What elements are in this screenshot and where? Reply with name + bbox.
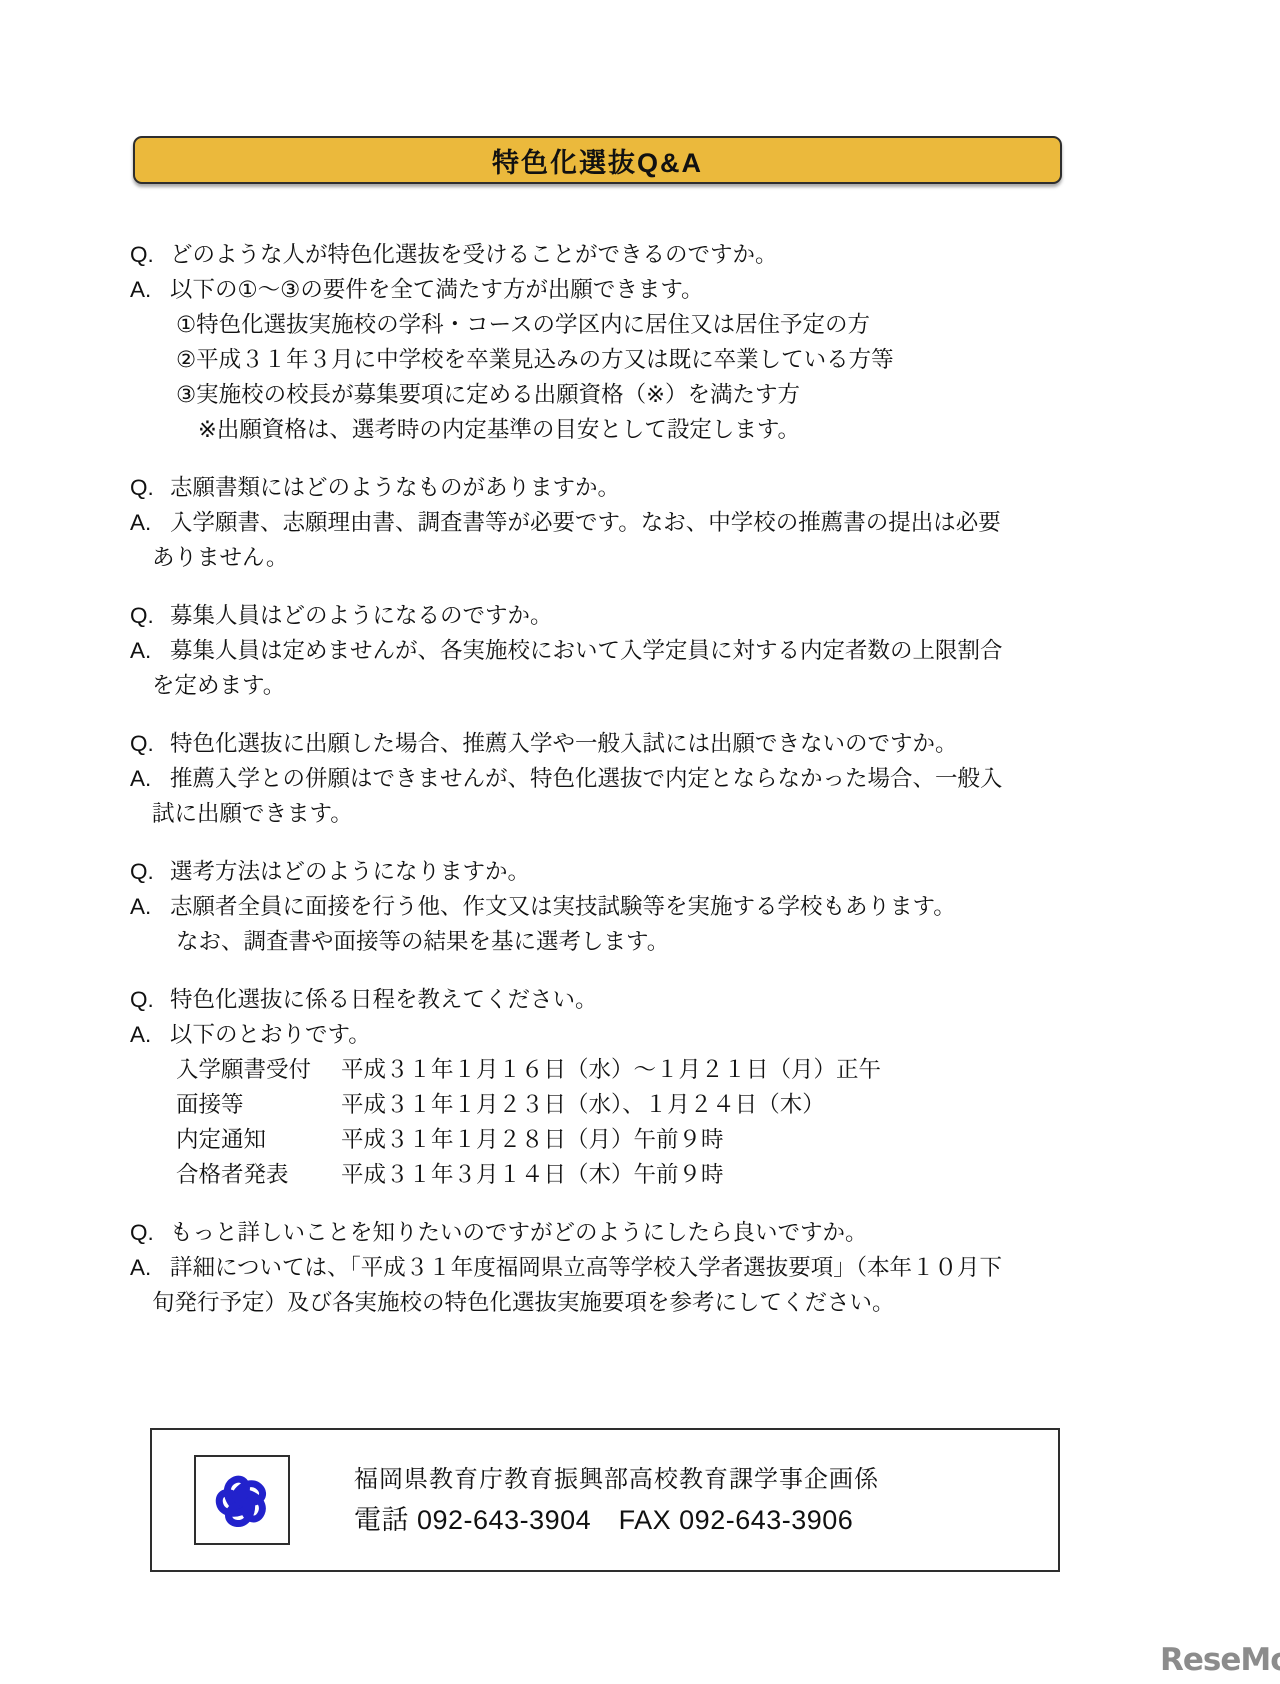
question-line: Q. 特色化選抜に係る日程を教えてください。 (130, 982, 1140, 1017)
question-line: Q. 募集人員はどのようになるのですか。 (130, 598, 1140, 633)
requirement-item-1: ①特色化選抜実施校の学科・コースの学区内に居住又は居住予定の方 (130, 307, 1140, 342)
schedule-value: 平成３１年１月１６日（水）～１月２１日（月）正午 (341, 1052, 881, 1087)
q-marker: Q. (130, 726, 170, 761)
a-marker: A. (130, 505, 170, 540)
schedule-label: 内定通知 (176, 1122, 341, 1157)
a-marker: A. (130, 1250, 170, 1285)
answer-text: 詳細については、「平成３１年度福岡県立高等学校入学者選抜要項」（本年１０月下 (170, 1250, 1002, 1285)
question-line: Q. 特色化選抜に出願した場合、推薦入学や一般入試には出願できないのですか。 (130, 726, 1140, 761)
requirement-item-3: ③実施校の校長が募集要項に定める出願資格（※）を満たす方 (130, 377, 1140, 412)
question-text: もっと詳しいことを知りたいのですがどのようにしたら良いですか。 (170, 1215, 868, 1250)
q-marker: Q. (130, 237, 170, 272)
qa-group-eligibility: Q. どのような人が特色化選抜を受けることができるのですか。 A. 以下の①～③… (130, 237, 1140, 447)
schedule-label: 入学願書受付 (176, 1052, 341, 1087)
question-text: 特色化選抜に係る日程を教えてください。 (170, 982, 598, 1017)
a-marker: A. (130, 633, 170, 668)
fukuoka-emblem-frame (194, 1455, 290, 1545)
question-line: Q. どのような人が特色化選抜を受けることができるのですか。 (130, 237, 1140, 272)
answer-continuation: なお、調査書や面接等の結果を基に選考します。 (130, 924, 1140, 959)
answer-line: A. 入学願書、志願理由書、調査書等が必要です。なお、中学校の推薦書の提出は必要 (130, 505, 1140, 540)
answer-continuation: 旬発行予定）及び各実施校の特色化選抜実施要項を参考にしてください。 (130, 1285, 1140, 1320)
answer-text: 志願者全員に面接を行う他、作文又は実技試験等を実施する学校もあります。 (170, 889, 956, 924)
requirement-item-2: ②平成３１年３月に中学校を卒業見込みの方又は既に卒業している方等 (130, 342, 1140, 377)
footer-contact-block: 福岡県教育庁教育振興部高校教育課学事企画係 電話 092-643-3904 FA… (354, 1460, 879, 1540)
question-line: Q. 志願書類にはどのようなものがありますか。 (130, 470, 1140, 505)
answer-text: 入学願書、志願理由書、調査書等が必要です。なお、中学校の推薦書の提出は必要 (170, 505, 1001, 540)
question-text: 選考方法はどのようになりますか。 (170, 854, 530, 889)
answer-text: 以下の①～③の要件を全て満たす方が出願できます。 (170, 272, 704, 307)
question-text: 募集人員はどのようになるのですか。 (170, 598, 553, 633)
qa-group-dual-application: Q. 特色化選抜に出願した場合、推薦入学や一般入試には出願できないのですか。 A… (130, 726, 1140, 831)
answer-text: 推薦入学との併願はできませんが、特色化選抜で内定とならなかった場合、一般入 (170, 761, 1003, 796)
schedule-row: 入学願書受付 平成３１年１月１６日（水）～１月２１日（月）正午 (130, 1052, 1140, 1087)
schedule-row: 内定通知 平成３１年１月２８日（月）午前９時 (130, 1122, 1140, 1157)
answer-text: 募集人員は定めませんが、各実施校において入学定員に対する内定者数の上限割合 (170, 633, 1003, 668)
qa-group-more-info: Q. もっと詳しいことを知りたいのですがどのようにしたら良いですか。 A. 詳細… (130, 1215, 1140, 1320)
schedule-label: 面接等 (176, 1087, 341, 1122)
q-marker: Q. (130, 470, 170, 505)
answer-line: A. 志願者全員に面接を行う他、作文又は実技試験等を実施する学校もあります。 (130, 889, 1140, 924)
fukuoka-prefecture-emblem-icon (203, 1463, 281, 1537)
question-line: Q. 選考方法はどのようになりますか。 (130, 854, 1140, 889)
question-text: 特色化選抜に出願した場合、推薦入学や一般入試には出願できないのですか。 (170, 726, 958, 761)
watermark-logo-text: ReseMom. (1160, 1642, 1280, 1678)
schedule-value: 平成３１年１月２３日（水）、１月２４日（木） (341, 1087, 825, 1122)
answer-line: A. 詳細については、「平成３１年度福岡県立高等学校入学者選抜要項」（本年１０月… (130, 1250, 1140, 1285)
footer-department: 福岡県教育庁教育振興部高校教育課学事企画係 (354, 1460, 879, 1500)
a-marker: A. (130, 761, 170, 796)
answer-text: 以下のとおりです。 (170, 1017, 371, 1052)
schedule-row: 面接等 平成３１年１月２３日（水）、１月２４日（木） (130, 1087, 1140, 1122)
qa-group-schedule: Q. 特色化選抜に係る日程を教えてください。 A. 以下のとおりです。 入学願書… (130, 982, 1140, 1192)
schedule-label: 合格者発表 (176, 1157, 341, 1192)
qa-content: Q. どのような人が特色化選抜を受けることができるのですか。 A. 以下の①～③… (130, 237, 1140, 1343)
a-marker: A. (130, 889, 170, 924)
question-text: どのような人が特色化選抜を受けることができるのですか。 (170, 237, 778, 272)
question-line: Q. もっと詳しいことを知りたいのですがどのようにしたら良いですか。 (130, 1215, 1140, 1250)
banner: 特色化選抜Q&A (133, 136, 1062, 184)
question-text: 志願書類にはどのようなものがありますか。 (170, 470, 620, 505)
schedule-value: 平成３１年１月２８日（月）午前９時 (341, 1122, 724, 1157)
answer-line: A. 推薦入学との併願はできませんが、特色化選抜で内定とならなかった場合、一般入 (130, 761, 1140, 796)
q-marker: Q. (130, 854, 170, 889)
a-marker: A. (130, 1017, 170, 1052)
answer-line: A. 以下のとおりです。 (130, 1017, 1140, 1052)
note-line: ※出願資格は、選考時の内定基準の目安として設定します。 (130, 412, 1140, 447)
a-marker: A. (130, 272, 170, 307)
answer-line: A. 以下の①～③の要件を全て満たす方が出願できます。 (130, 272, 1140, 307)
qa-group-selection-method: Q. 選考方法はどのようになりますか。 A. 志願者全員に面接を行う他、作文又は… (130, 854, 1140, 959)
qa-group-documents: Q. 志願書類にはどのようなものがありますか。 A. 入学願書、志願理由書、調査… (130, 470, 1140, 575)
contact-footer-box: 福岡県教育庁教育振興部高校教育課学事企画係 電話 092-643-3904 FA… (150, 1428, 1060, 1572)
answer-line: A. 募集人員は定めませんが、各実施校において入学定員に対する内定者数の上限割合 (130, 633, 1140, 668)
q-marker: Q. (130, 982, 170, 1017)
q-marker: Q. (130, 598, 170, 633)
answer-continuation: 試に出願できます。 (130, 796, 1140, 831)
answer-continuation: を定めます。 (130, 668, 1140, 703)
page-title: 特色化選抜Q&A (492, 141, 703, 180)
resemom-watermark: リセマム ReseMom. (1160, 1634, 1280, 1678)
document-page: 特色化選抜Q&A Q. どのような人が特色化選抜を受けることができるのですか。 … (0, 0, 1280, 1684)
q-marker: Q. (130, 1215, 170, 1250)
schedule-value: 平成３１年３月１４日（木）午前９時 (341, 1157, 724, 1192)
answer-continuation: ありません。 (130, 540, 1140, 575)
qa-group-capacity: Q. 募集人員はどのようになるのですか。 A. 募集人員は定めませんが、各実施校… (130, 598, 1140, 703)
schedule-row: 合格者発表 平成３１年３月１４日（木）午前９時 (130, 1157, 1140, 1192)
footer-phone-fax: 電話 092-643-3904 FAX 092-643-3906 (354, 1500, 879, 1540)
